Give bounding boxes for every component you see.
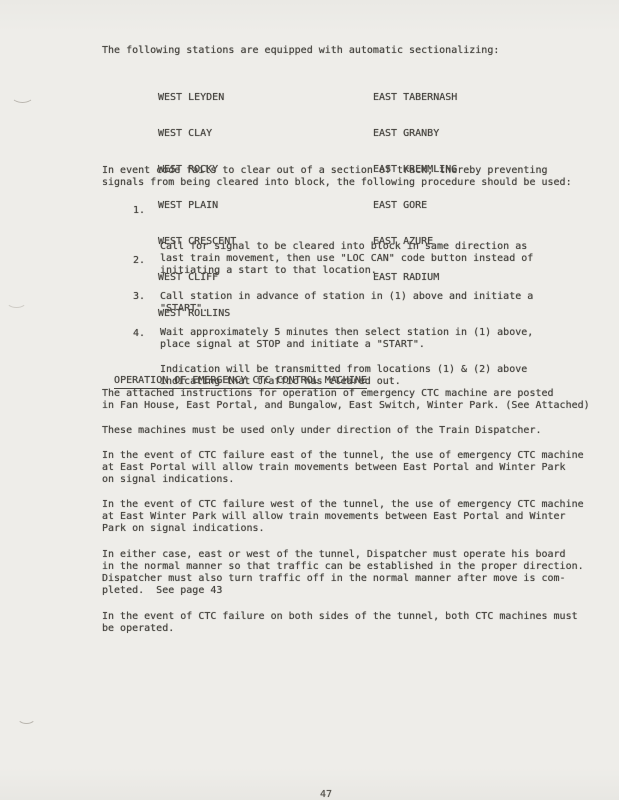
station-item: WEST LEYDEN (158, 92, 358, 104)
paragraph: In the event of CTC failure on both side… (102, 611, 614, 635)
station-item: EAST TABERNASH (373, 92, 573, 104)
paragraph: These machines must be used only under d… (102, 425, 614, 437)
paragraph: In the event of CTC failure east of the … (102, 450, 614, 486)
punch-hole-mark (17, 710, 36, 724)
punch-hole-mark (11, 88, 34, 103)
paragraph: In the event of CTC failure west of the … (102, 499, 614, 535)
item-number: 1. (133, 205, 145, 217)
punch-hole-mark (6, 294, 27, 308)
procedure-intro: In event code fails to clear out of a se… (102, 165, 614, 189)
item-number: 2. (133, 255, 145, 267)
paragraph: In either case, east or west of the tunn… (102, 549, 614, 597)
section-heading: OPERATION OF EMERGENCY CTC CONTROL MACHI… (102, 363, 522, 389)
intro-paragraph: The following stations are equipped with… (102, 45, 607, 57)
section-heading-text: OPERATION OF EMERGENCY CTC CONTROL MACHI… (114, 375, 367, 389)
station-item: EAST GRANBY (373, 128, 573, 140)
paragraph: The attached instructions for operation … (102, 388, 614, 412)
item-number: 3. (133, 291, 145, 303)
station-item: WEST CLAY (158, 128, 358, 140)
page-number: 47 (320, 789, 332, 800)
scanned-document-page: { "doc": { "intro": "The following stati… (0, 0, 619, 800)
item-number: 4. (133, 328, 145, 340)
